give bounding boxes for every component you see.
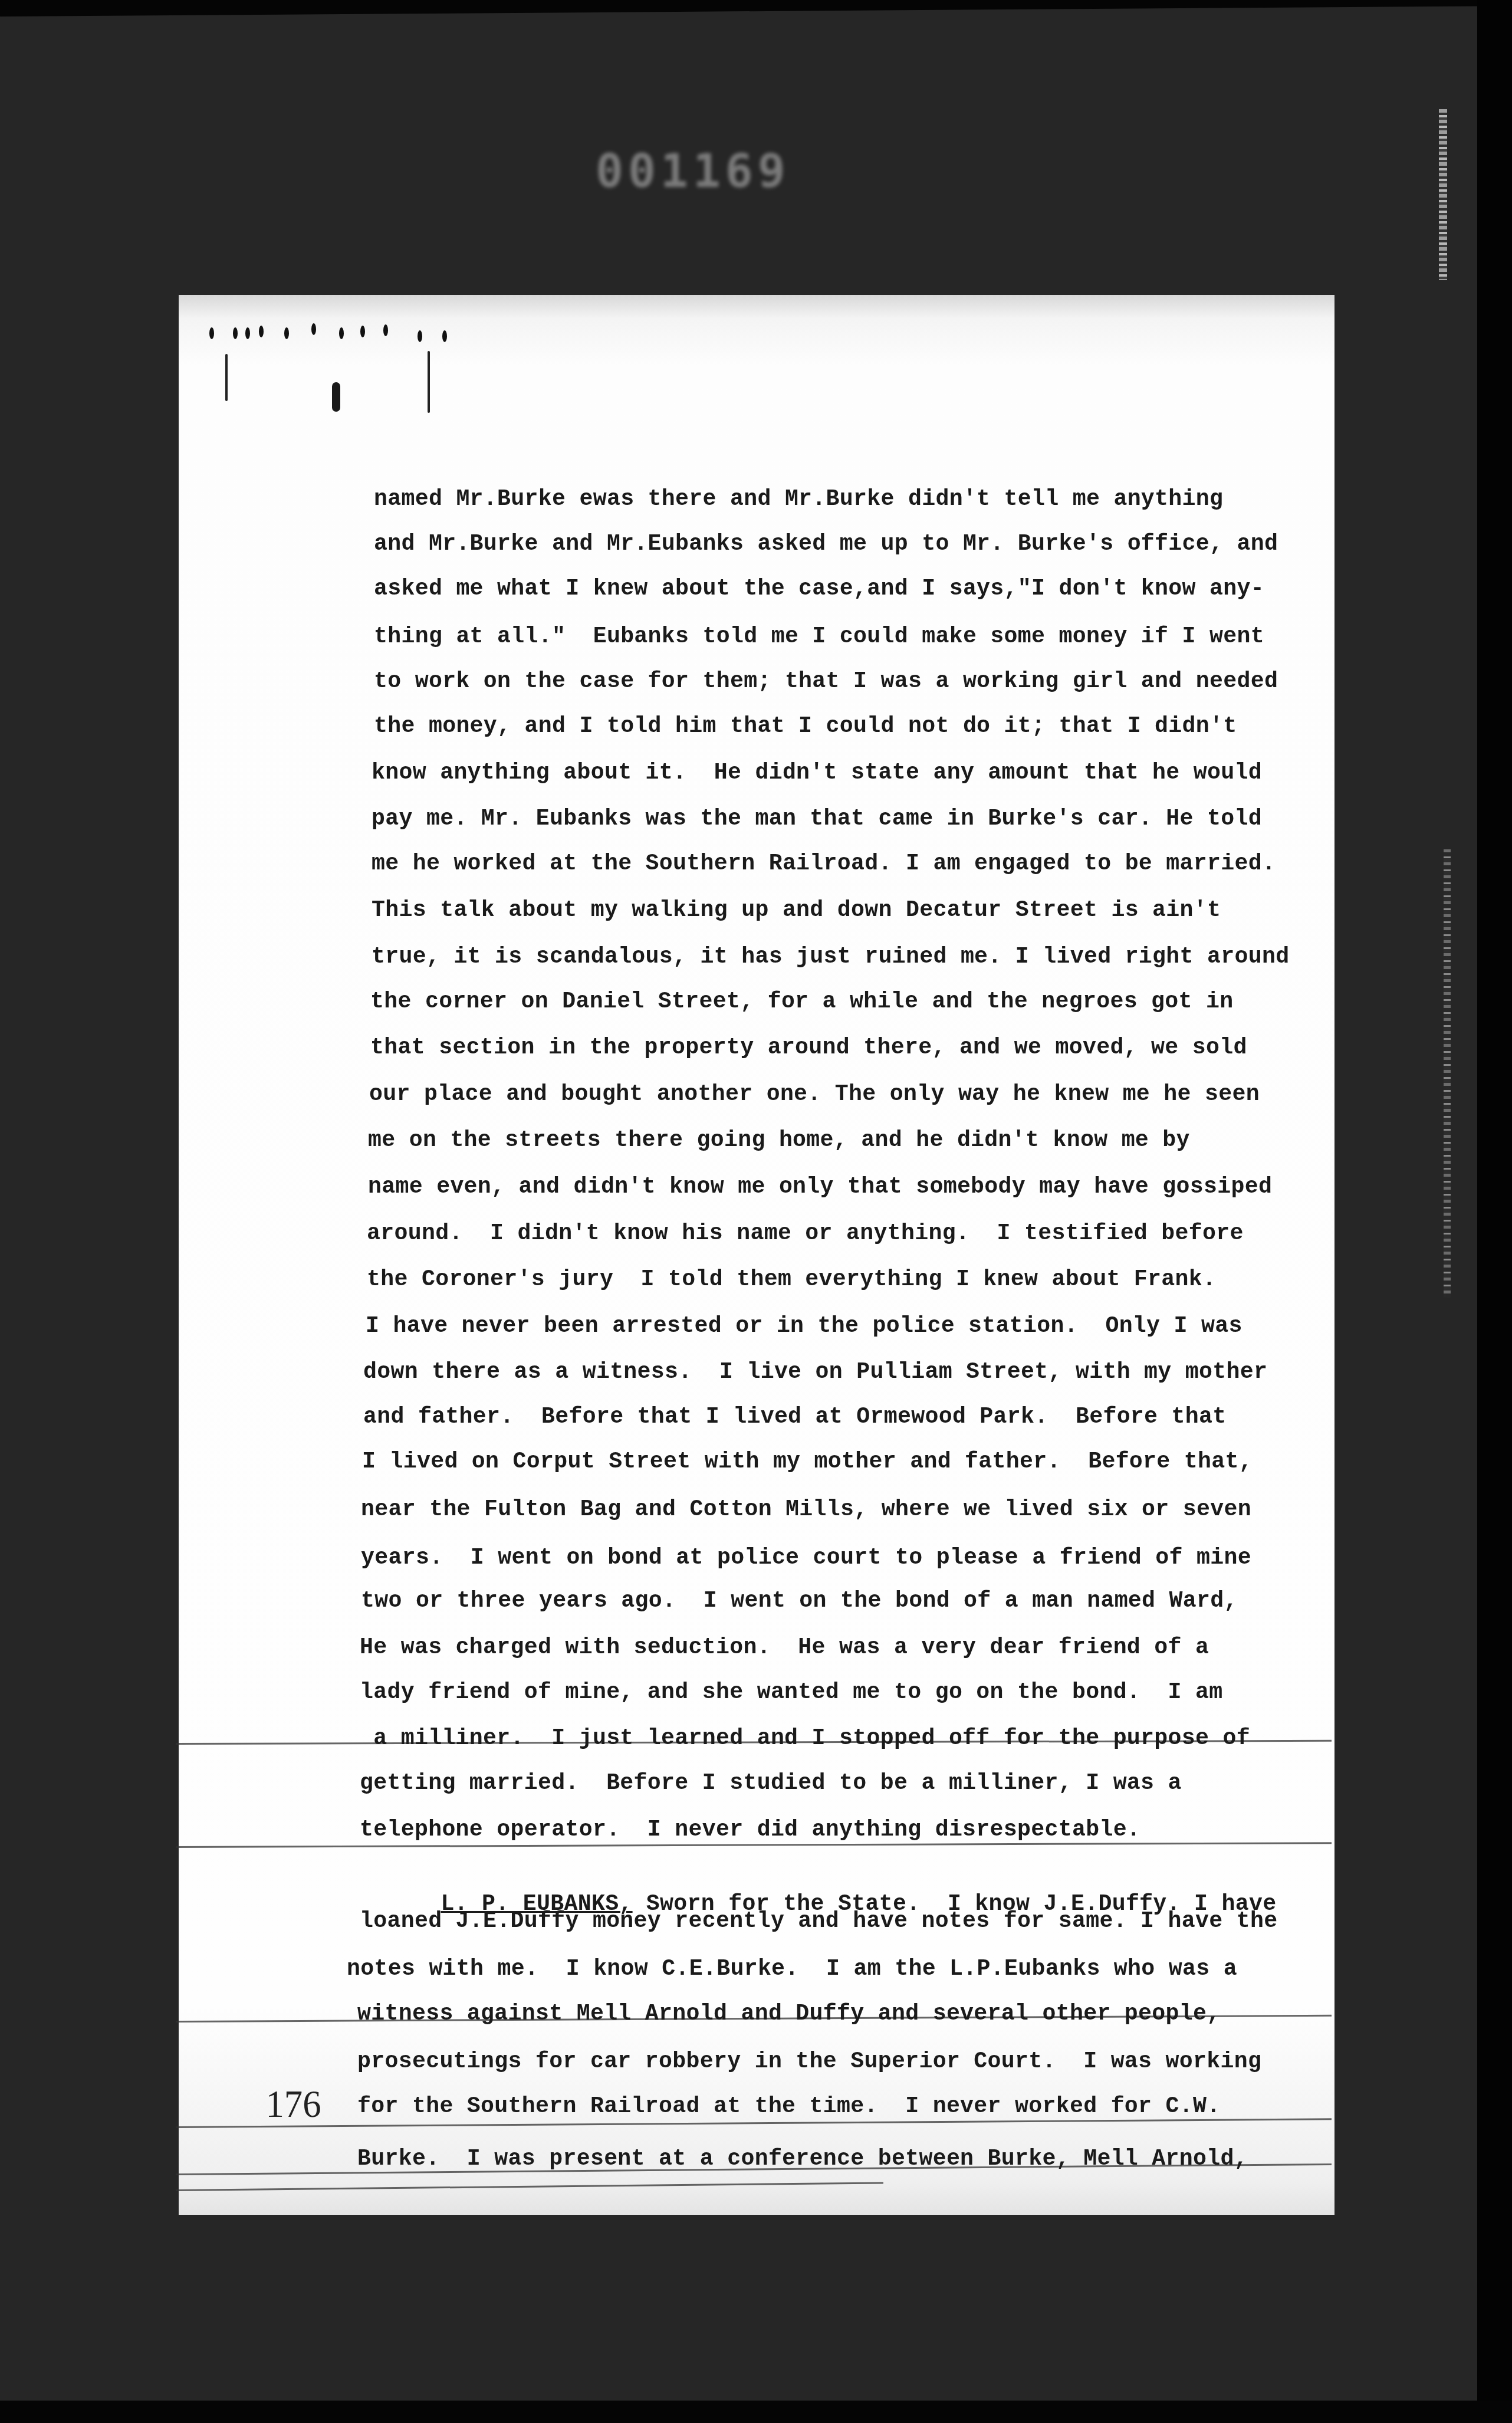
text-line: I lived on Corput Street with my mother … xyxy=(362,1447,1253,1476)
text-line: Burke. I was present at a conference bet… xyxy=(357,2144,1248,2174)
text-line: lady friend of mine, and she wanted me t… xyxy=(360,1677,1222,1707)
film-right-edge xyxy=(1477,0,1512,2423)
text-line: years. I went on bond at police court to… xyxy=(361,1543,1251,1572)
text-line: and father. Before that I lived at Ormew… xyxy=(363,1402,1226,1432)
text-line: telephone operator. I never did anything… xyxy=(360,1815,1140,1844)
text-line: name even, and didn't know me only that … xyxy=(368,1172,1272,1201)
text-line: to work on the case for them; that I was… xyxy=(374,667,1278,696)
text-line: for the Southern Railroad at the time. I… xyxy=(357,2092,1220,2121)
binding-mark xyxy=(418,330,422,342)
film-bottom-edge xyxy=(0,2401,1512,2423)
binding-mark xyxy=(383,324,388,336)
text-line: pay me. Mr. Eubanks was the man that cam… xyxy=(372,804,1262,833)
text-line: witness against Mell Arnold and Duffy an… xyxy=(357,1999,1220,2028)
text-line: He was charged with seduction. He was a … xyxy=(360,1633,1209,1662)
text-line: named Mr.Burke ewas there and Mr.Burke d… xyxy=(374,484,1223,514)
binding-mark xyxy=(442,330,447,342)
text-line: two or three years ago. I went on the bo… xyxy=(361,1586,1238,1616)
text-line: me he worked at the Southern Railroad. I… xyxy=(372,849,1276,878)
text-line: that section in the property around ther… xyxy=(370,1033,1247,1062)
text-line: know anything about it. He didn't state … xyxy=(372,758,1262,787)
binding-mark xyxy=(209,327,214,339)
binding-mark xyxy=(259,326,264,337)
scratch-line xyxy=(176,2182,883,2191)
text-line: around. I didn't know his name or anythi… xyxy=(367,1219,1244,1248)
text-line: the Coroner's jury I told them everythin… xyxy=(367,1265,1216,1294)
text-line: I have never been arrested or in the pol… xyxy=(366,1311,1243,1341)
text-line: true, it is scandalous, it has just ruin… xyxy=(372,942,1289,971)
text-line: and Mr.Burke and Mr.Eubanks asked me up … xyxy=(374,529,1278,559)
text-line: loaned J.E.Duffy money recently and have… xyxy=(360,1906,1277,1936)
frame-number: 001169 xyxy=(596,145,790,198)
text-line: me on the streets there going home, and … xyxy=(368,1125,1190,1155)
text-line: getting married. Before I studied to be … xyxy=(360,1768,1182,1798)
margin-mark xyxy=(428,351,430,413)
text-line: thing at all." Eubanks told me I could m… xyxy=(374,622,1264,651)
binding-mark xyxy=(311,323,316,335)
microfilm-frame: 001169 named Mr.Burke ewas there and Mr.… xyxy=(0,0,1512,2423)
film-edge-code-top xyxy=(1439,109,1447,280)
text-line: a milliner. I just learned and I stopped… xyxy=(360,1723,1250,1753)
center-mark xyxy=(332,382,340,412)
film-top-edge xyxy=(0,0,1512,17)
text-line: the corner on Daniel Street, for a while… xyxy=(370,987,1233,1016)
text-line: our place and bought another one. The on… xyxy=(369,1079,1260,1109)
page-number: 176 xyxy=(265,2082,321,2127)
text-line: This talk about my walking up and down D… xyxy=(372,895,1221,925)
text-line: asked me what I knew about the case,and … xyxy=(374,574,1264,603)
film-edge-code-middle xyxy=(1444,849,1451,1298)
text-line: prosecutings for car robbery in the Supe… xyxy=(357,2047,1261,2076)
text-line: the money, and I told him that I could n… xyxy=(374,711,1237,741)
text-line: notes with me. I know C.E.Burke. I am th… xyxy=(347,1954,1237,1984)
binding-mark xyxy=(233,327,238,339)
margin-mark xyxy=(225,354,228,401)
binding-mark xyxy=(284,327,289,339)
binding-mark xyxy=(339,327,344,339)
binding-mark xyxy=(245,327,250,339)
text-line: down there as a witness. I live on Pulli… xyxy=(363,1357,1267,1387)
binding-mark xyxy=(360,326,365,337)
text-line: near the Fulton Bag and Cotton Mills, wh… xyxy=(361,1495,1251,1524)
